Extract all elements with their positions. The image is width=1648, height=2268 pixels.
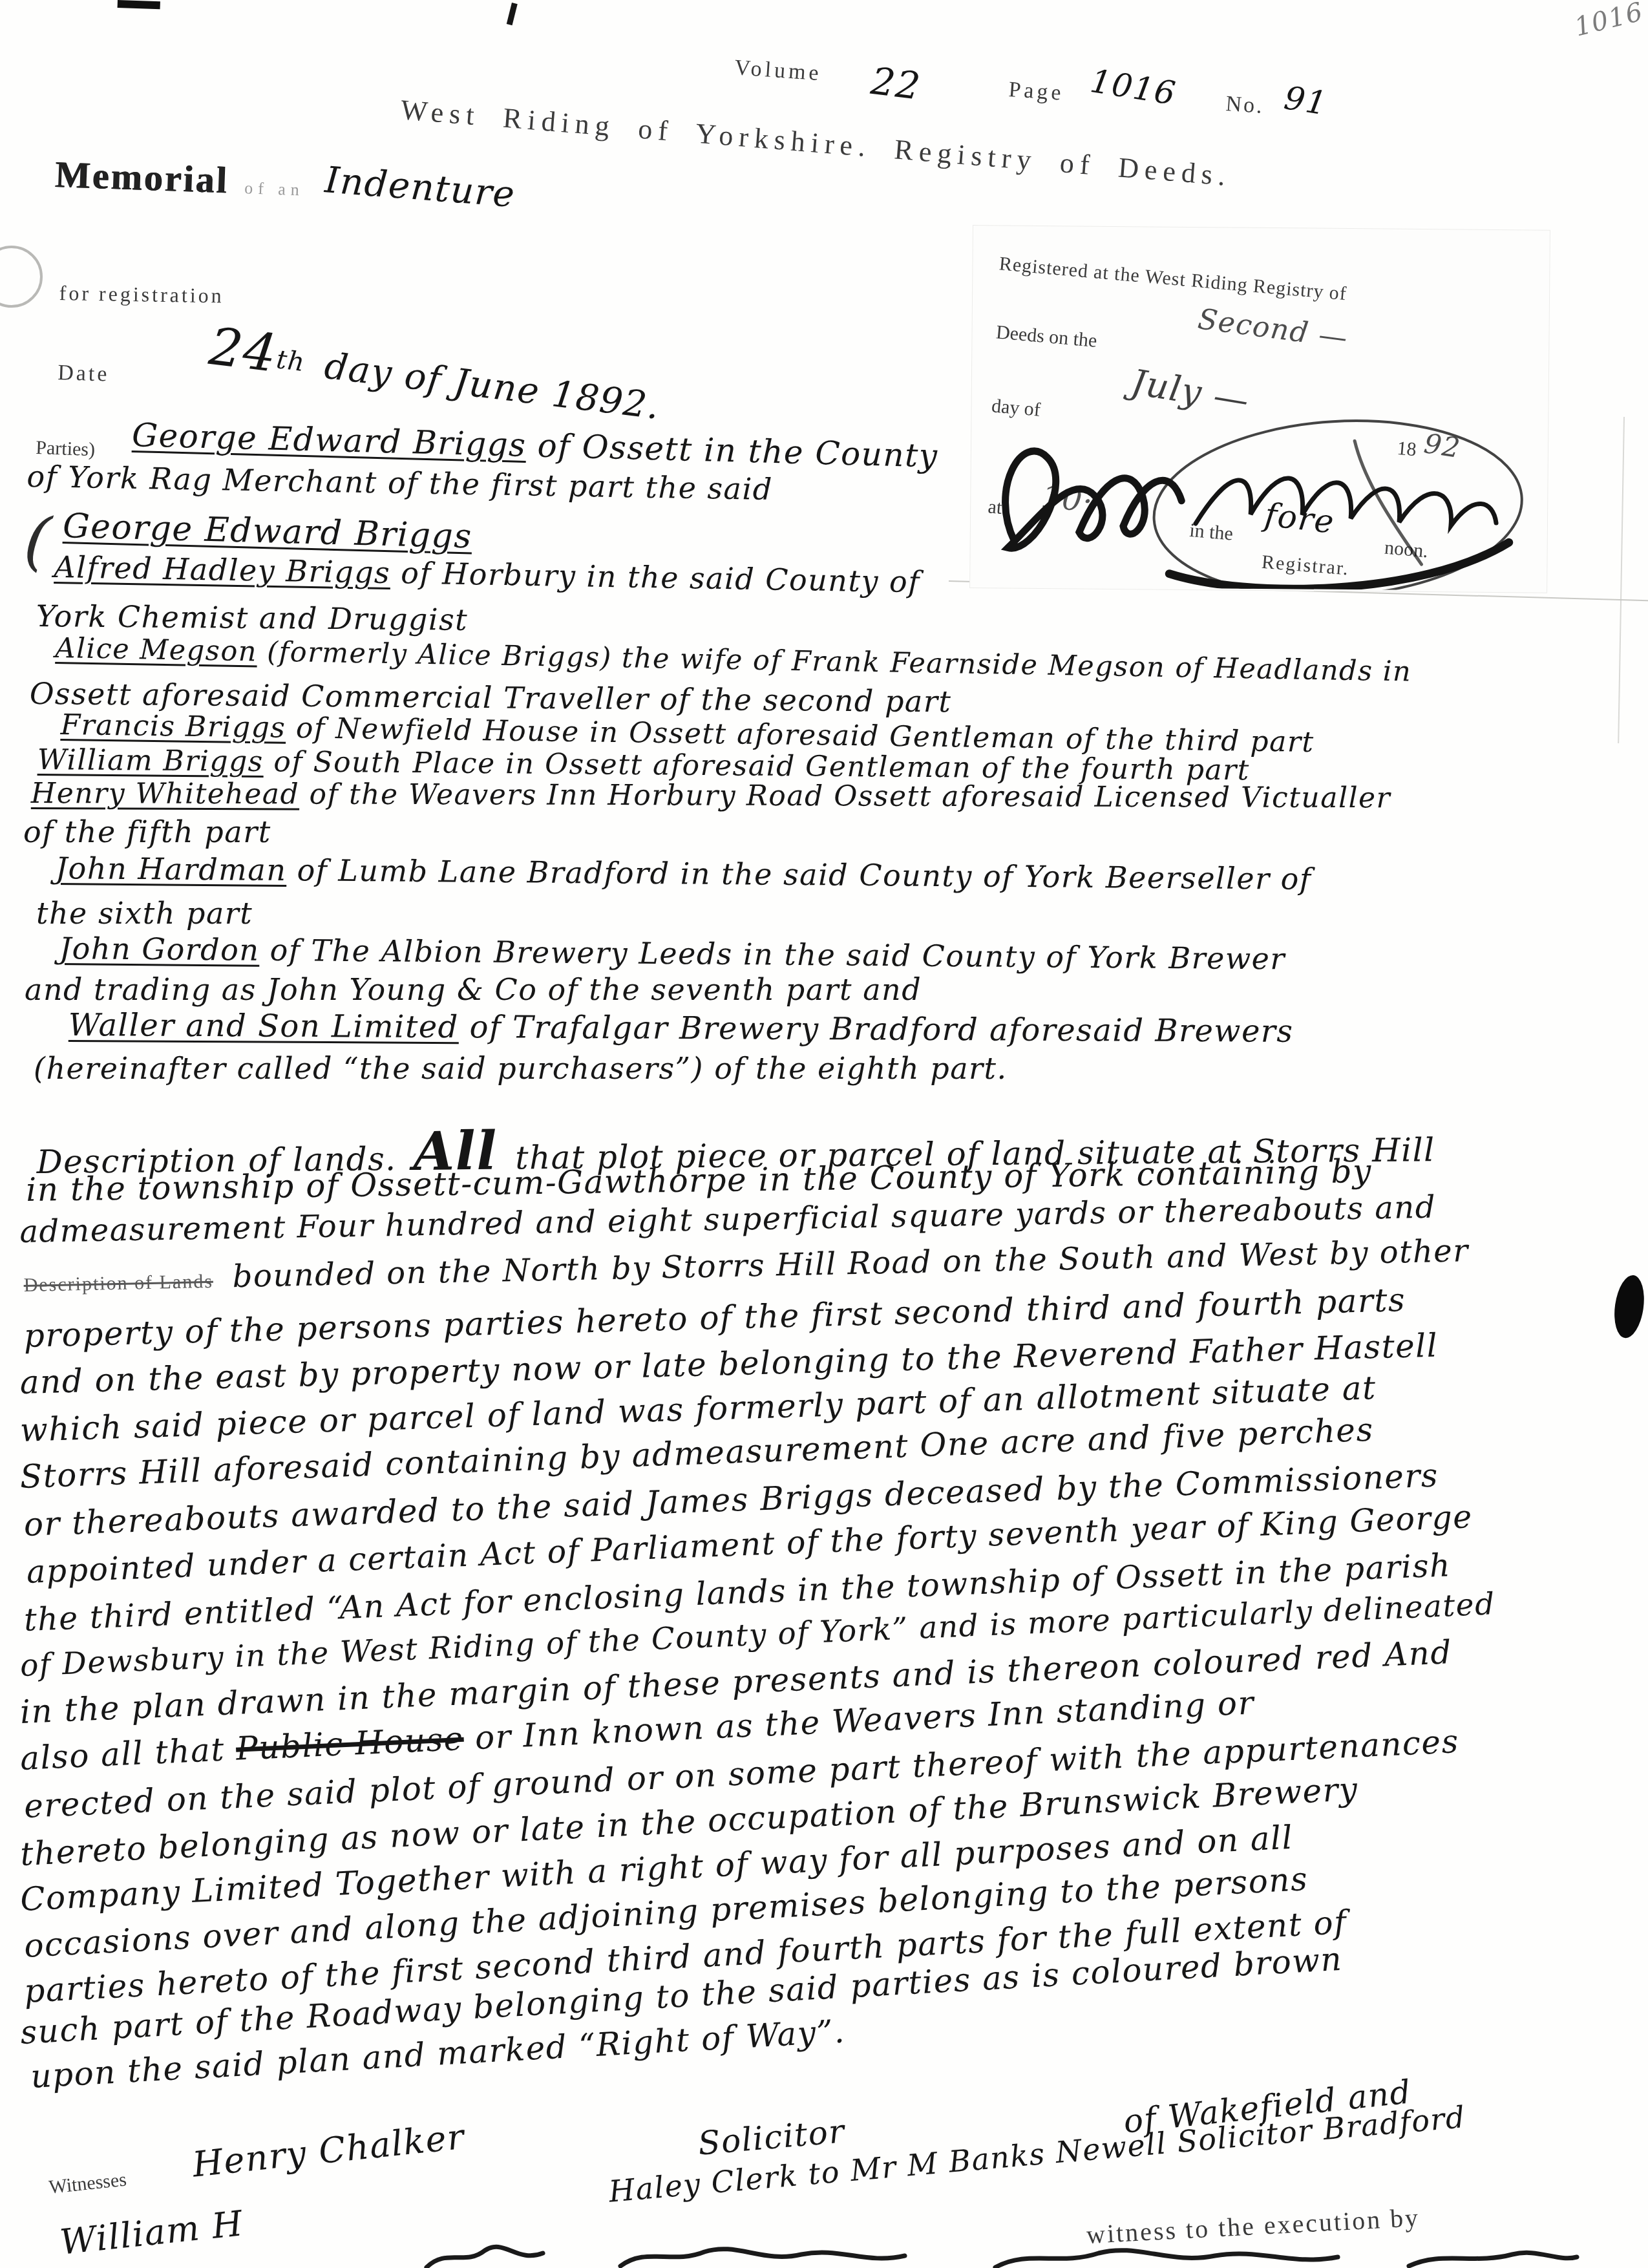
party-line: (hereinafter called “the said purchasers… [34, 1052, 1008, 1085]
cutoff-handwriting-fragment [414, 2242, 1590, 2268]
indenture-word: Indenture [323, 160, 516, 215]
party-text: and trading as John Young & Co of the se… [25, 972, 922, 1007]
reg-day-name-hw: Second — [1196, 304, 1350, 354]
reg-line-1: Registered at the West Riding Registry o… [998, 253, 1347, 304]
registry-title: West Riding of Yorkshire. Registry of De… [399, 94, 1232, 193]
party-line: George Edward Briggs [63, 508, 473, 556]
party-name: George Edward Briggs [62, 507, 472, 556]
party-line: of the fifth part [23, 816, 271, 849]
ink-blot-right-edge [1611, 1273, 1647, 1340]
memorial-of-an: of an [244, 178, 305, 199]
party-name: John Hardman [56, 851, 287, 887]
corner-folio-number: 1016 [1572, 0, 1646, 42]
number-label: No. [1225, 92, 1265, 118]
volume-label: Volume [734, 56, 822, 86]
party-text: of the fifth part [23, 814, 271, 849]
emboss-seal [0, 246, 43, 308]
party-name: Waller and Son Limited [69, 1007, 459, 1045]
witness-occupation-1: Solicitor [697, 2114, 847, 2162]
party-line: and trading as John Young & Co of the se… [25, 973, 922, 1006]
party-text: of Horbury in the said County of [390, 555, 920, 599]
party-text: York Chemist and Druggist [36, 599, 469, 637]
party-text: of the Weavers Inn Horbury Road Ossett a… [299, 778, 1391, 814]
scanned-deed-page: 1016 Volume 22 Page 1016 No. 91 West Rid… [0, 0, 1648, 2268]
date-rest: day of June 1892. [322, 345, 662, 428]
date-ordinal: th [275, 344, 307, 377]
memorial-word: Memorial [54, 153, 229, 201]
page-label: Page [1008, 78, 1064, 105]
party-line: John Hardman of Lumb Lane Bradford in th… [56, 852, 1312, 896]
witness-name-2: William H [58, 2204, 245, 2262]
party-text: the sixth part [36, 896, 253, 931]
party-line: Alfred Hadley Briggs of Horbury in the s… [54, 551, 920, 599]
parties-brace: ( [21, 504, 55, 578]
reg-line-2-printed: Deeds on the [995, 321, 1098, 352]
party-line: Waller and Son Limited of Trafalgar Brew… [69, 1008, 1294, 1049]
scan-mark-top [118, 0, 160, 9]
party-name: Henry Whitehead [31, 777, 299, 811]
party-name: George Edward Briggs [132, 416, 527, 464]
party-name: Francis Briggs [60, 708, 286, 745]
witness-name-1: Henry Chalker [191, 2117, 467, 2184]
page-edge-line [1618, 417, 1625, 743]
date-label: Date [58, 361, 110, 387]
description-text: also all that [19, 1730, 237, 1777]
page-value: 1016 [1088, 63, 1178, 112]
party-line: Henry Whitehead of the Weavers Inn Horbu… [31, 778, 1391, 814]
party-name: Alice Megson [55, 632, 257, 668]
party-text: of The Albion Brewery Leeds in the said … [259, 933, 1285, 977]
parties-label: Parties) [36, 437, 96, 460]
registrar-signature-scrawl [975, 399, 1539, 591]
party-name: Alfred Hadley Briggs [54, 549, 391, 590]
number-value: 91 [1282, 80, 1329, 122]
struck-public-house: Public House [235, 1720, 465, 1768]
party-line: York Chemist and Druggist [36, 600, 469, 636]
party-line: the sixth part [36, 897, 253, 930]
registration-slip: Registered at the West Riding Registry o… [969, 225, 1550, 593]
party-text: of Trafalgar Brewery Bradford aforesaid … [459, 1009, 1294, 1050]
party-line: John Gordon of The Albion Brewery Leeds … [59, 932, 1286, 975]
party-name: John Gordon [59, 931, 260, 968]
for-registration-label: for registration [59, 282, 224, 308]
scan-mark-top-2 [507, 3, 518, 25]
volume-value: 22 [869, 61, 923, 108]
party-name: William Briggs [37, 743, 264, 778]
date-day: 24 [206, 316, 280, 384]
date-value: 24th day of June 1892. [206, 318, 664, 430]
party-text: (hereinafter called “the said purchasers… [34, 1051, 1008, 1086]
party-text: of Lumb Lane Bradford in the said County… [286, 853, 1312, 896]
printed-description-of-lands-struck: Description of Lands [23, 1271, 213, 1296]
witnesses-label: Witnesses [48, 2168, 127, 2198]
party-text: of Ossett in the County [526, 427, 939, 475]
memorial-heading: Memorial of an Indenture [54, 154, 516, 211]
